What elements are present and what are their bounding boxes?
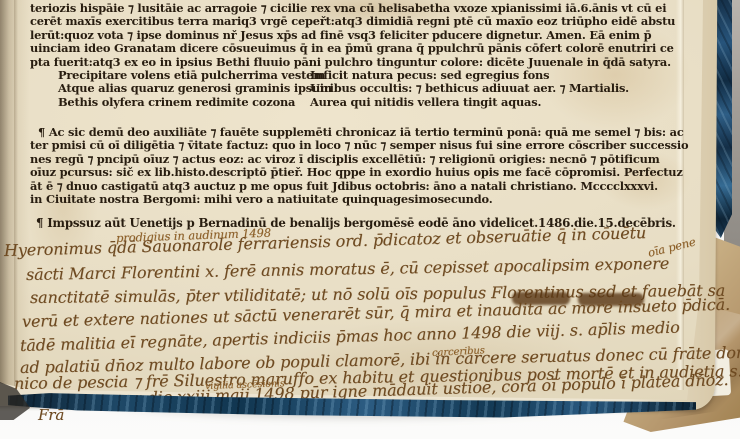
printed-paragraph-2: ¶ Ac sic demū deo auxiliāte ⁊ fauēte sup… [30,126,688,206]
printed-line: āt ē ⁊ dnuo castigatū atq3 auctuz p me o… [30,180,688,193]
printed-line: oīuz pcursus: sič ex lib.histo.descriptō… [30,166,688,179]
verse-line: Atque alias quaruz generosi graminis ips… [58,82,332,95]
incunable-page-photo: teriozis hispāie ⁊ lusitāie ac arragoie … [0,0,740,439]
verse-line: Uiribus occultis: ⁊ bethicus adiuuat aer… [310,82,629,95]
verse-column-left: Precipitare volens etiā pulcherrima vest… [58,69,332,109]
printed-line: lerūt:quoz vota ⁊ ipse dominus nř Jesus … [30,29,675,42]
printed-line: uinciam ideo Granatam dicere cōsueuimus … [30,42,675,55]
verse-line: Inficit natura pecus: sed egregius fons [310,69,629,82]
printed-line: pta fuerit:atq3 ex eo in ipsius Bethi fl… [30,56,675,69]
printed-line: ter pmisi cū oī diligētia ⁊ v̄itate fact… [30,139,688,152]
verse-line: Bethis olyfera crinem redimite cozona [58,96,332,109]
printed-line: ¶ Ac sic demū deo auxiliāte ⁊ fauēte sup… [30,126,688,139]
printed-line: in Ciuitate nostra Bergomi: mihi vero a … [30,193,688,206]
verse-column-right: Inficit natura pecus: sed egregius fons … [310,69,629,109]
printed-line: cerēt maxīs exercitibus terra mariq3 vrg… [30,15,675,28]
printed-line: teriozis hispāie ⁊ lusitāie ac arragoie … [30,2,675,15]
page-crease [14,0,18,406]
verse-line: Precipitare volens etiā pulcherrima vest… [58,69,332,82]
printed-paragraph-1: teriozis hispāie ⁊ lusitāie ac arragoie … [30,2,675,69]
printed-line: nes regū ⁊ pncipū oīuz ⁊ actus eoz: ac v… [30,153,688,166]
verse-line: Aurea qui nitidis vellera tingit aquas. [310,96,629,109]
